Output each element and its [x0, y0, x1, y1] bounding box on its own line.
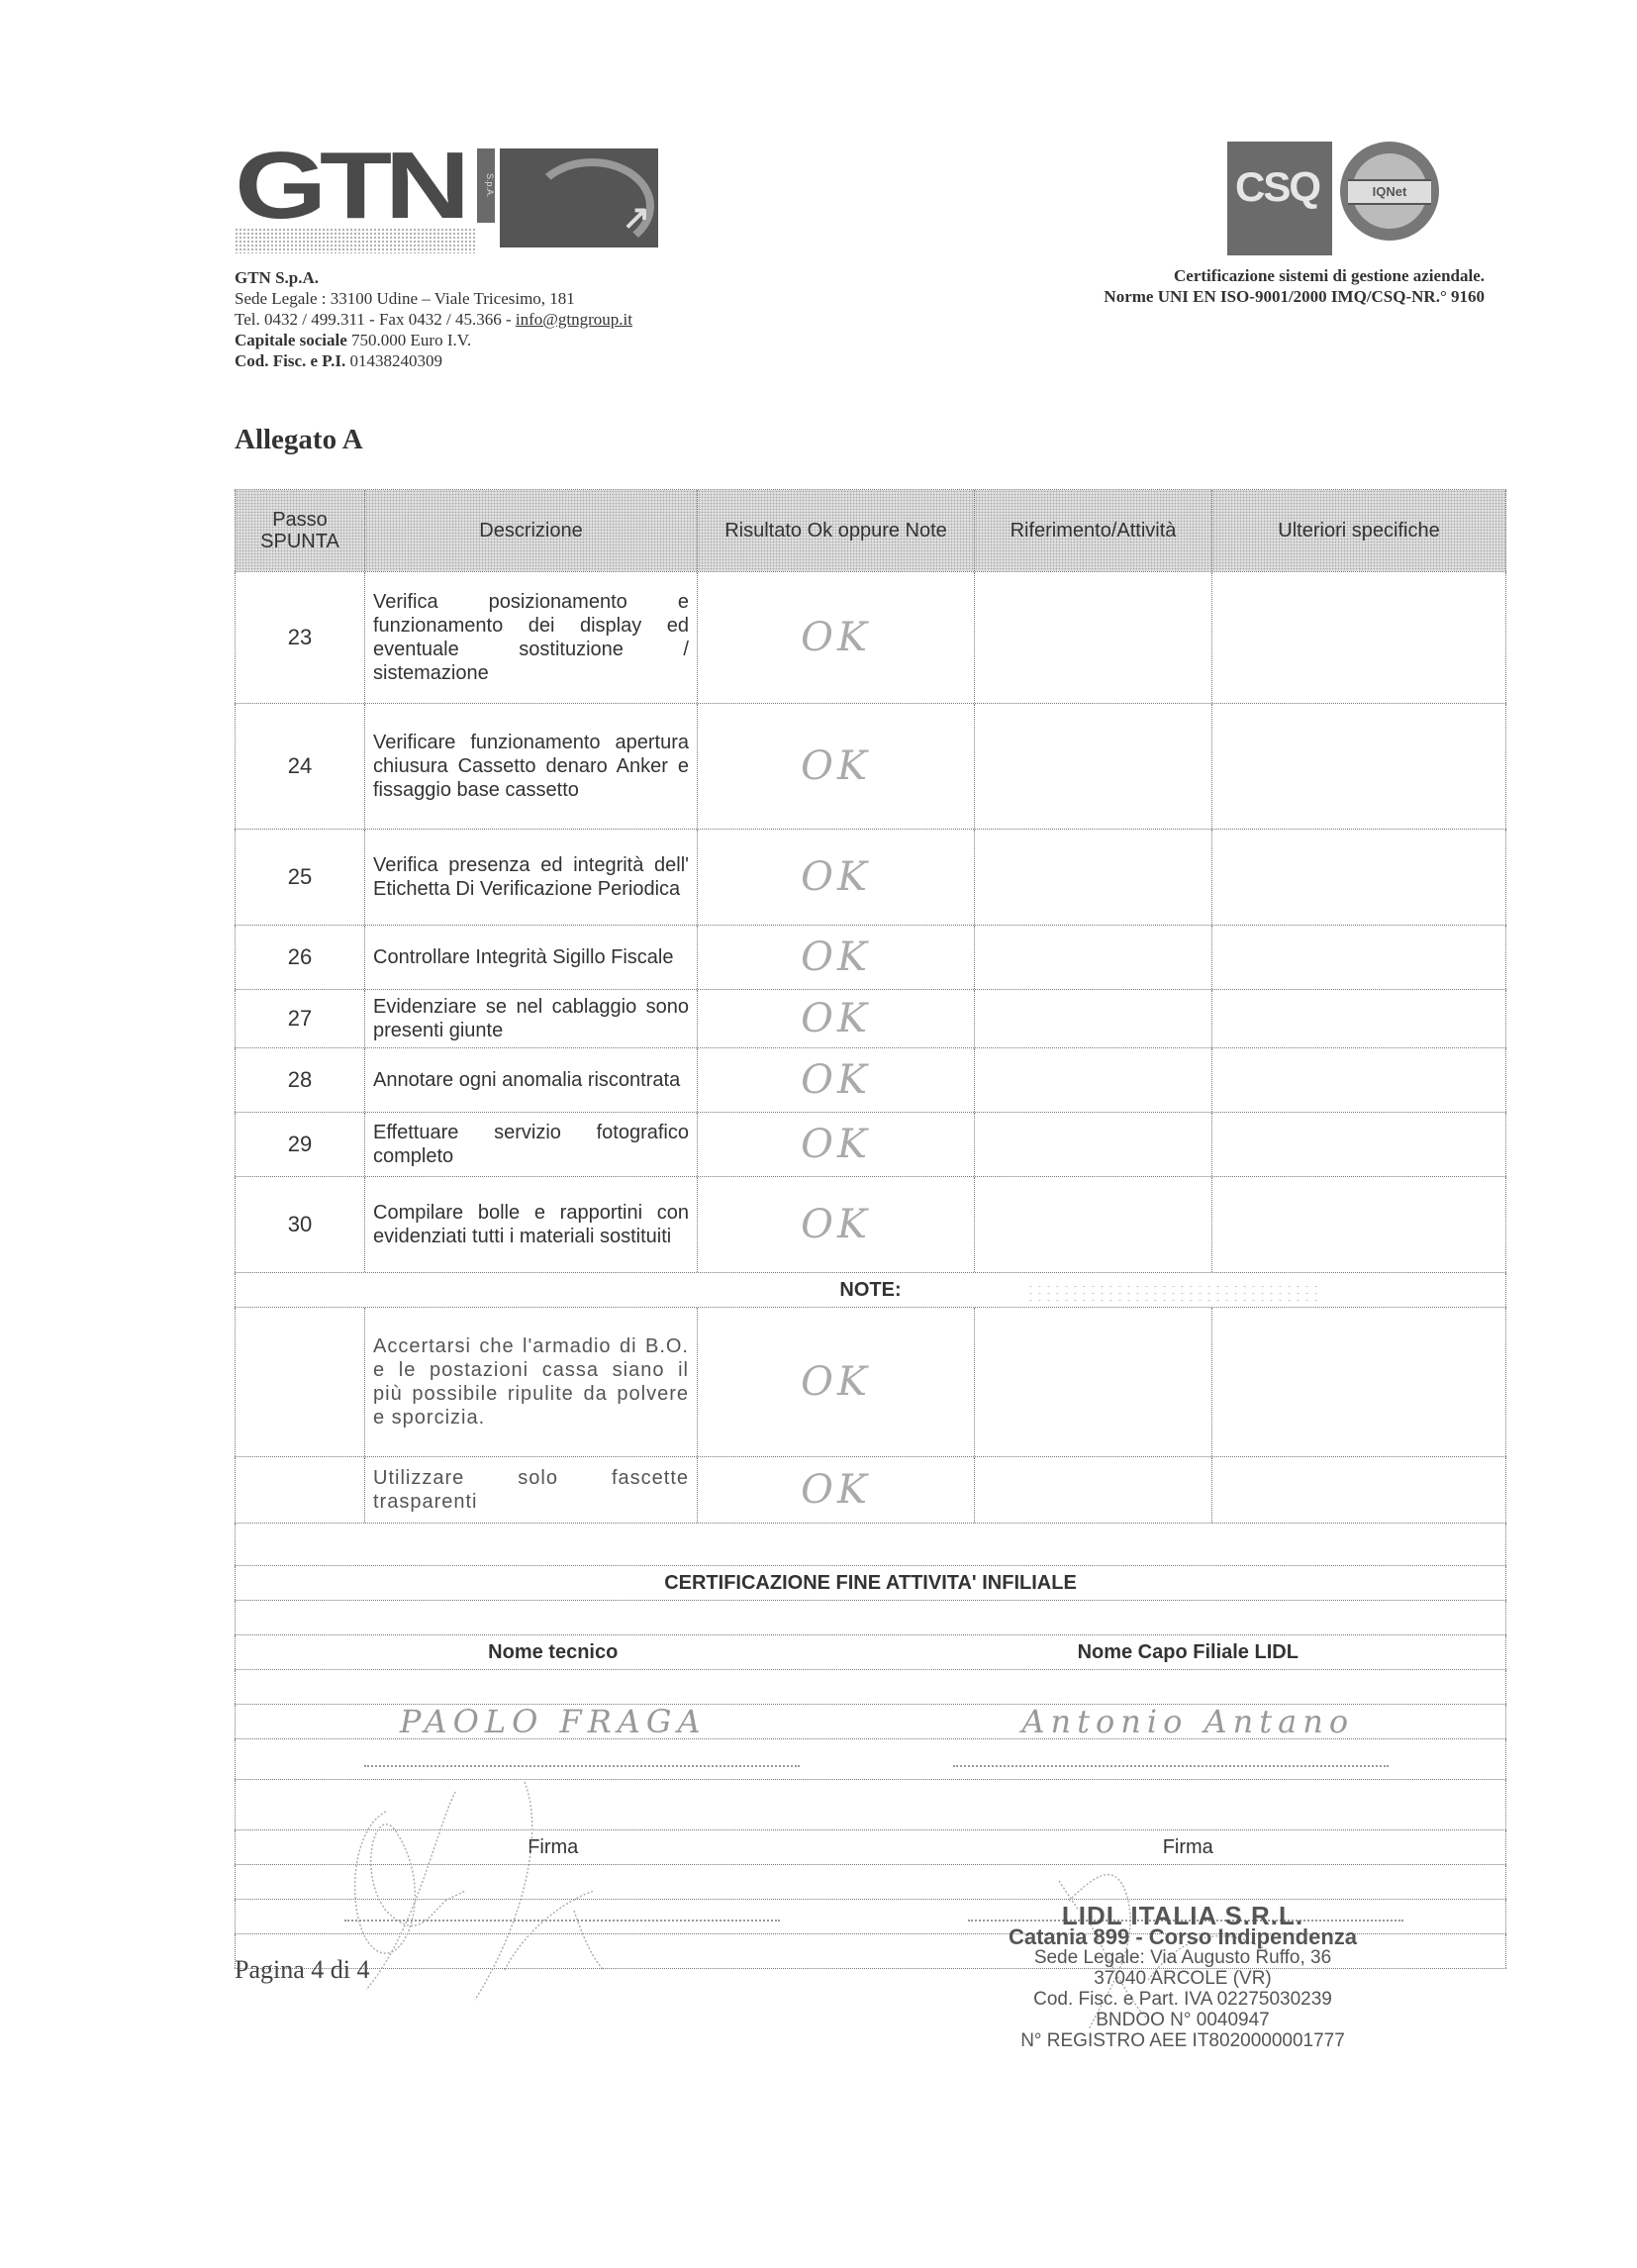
step-reference[interactable] [975, 1048, 1212, 1112]
company-name: GTN S.p.A. [235, 267, 632, 288]
stamp-line-5: Cod. Fisc. e Part. IVA 02275030239 [945, 1989, 1420, 2010]
checklist-table: Passo SPUNTA Descrizione Risultato Ok op… [235, 489, 1506, 1969]
table-row: 28Annotare ogni anomalia riscontrataOK [235, 1048, 1506, 1113]
company-capital: Capitale sociale 750.000 Euro I.V. [235, 330, 632, 350]
names-row: PAOLO FRAGA Antonio Antano [235, 1705, 1506, 1739]
table-row: 24Verificare funzionamento apertura chiu… [235, 704, 1506, 830]
technician-name-line [364, 1765, 800, 1767]
page-title: Allegato A [235, 424, 363, 456]
spacer-row [235, 1524, 1506, 1566]
certification-info: Certificazione sistemi di gestione azien… [1104, 265, 1485, 307]
header-passo: Passo SPUNTA [235, 490, 365, 571]
step-number: 29 [235, 1113, 365, 1176]
step-number [235, 1457, 365, 1523]
step-result[interactable]: OK [698, 572, 975, 703]
gtn-logo-suffix: S.p.A. [477, 148, 495, 223]
step-extra-specs[interactable] [1212, 1308, 1506, 1456]
step-result[interactable]: OK [698, 1048, 975, 1112]
step-description: Controllare Integrità Sigillo Fiscale [365, 926, 698, 989]
step-description: Verifica presenza ed integrità dell' Eti… [365, 830, 698, 925]
step-result[interactable]: OK [698, 830, 975, 925]
step-result[interactable]: OK [698, 1113, 975, 1176]
step-description: Accertarsi che l'armadio di B.O. e le po… [365, 1308, 698, 1456]
table-row: 23Verifica posizionamento e funzionament… [235, 572, 1506, 704]
header-riferimento: Riferimento/Attività [975, 490, 1212, 571]
step-reference[interactable] [975, 1308, 1212, 1456]
step-result[interactable]: OK [698, 926, 975, 989]
step-number: 27 [235, 990, 365, 1047]
step-extra-specs[interactable] [1212, 990, 1506, 1047]
manager-label: Nome Capo Filiale LIDL [871, 1641, 1506, 1664]
step-extra-specs[interactable] [1212, 926, 1506, 989]
csq-logo: CSQ [1227, 142, 1332, 255]
table-row: 29Effettuare servizio fotografico comple… [235, 1113, 1506, 1177]
step-number: 30 [235, 1177, 365, 1272]
step-reference[interactable] [975, 990, 1212, 1047]
step-result[interactable]: OK [698, 1308, 975, 1456]
step-reference[interactable] [975, 1177, 1212, 1272]
table-row: Utilizzare solo fascette trasparentiOK [235, 1457, 1506, 1524]
manager-name[interactable]: Antonio Antano [871, 1703, 1506, 1740]
company-info: GTN S.p.A. Sede Legale : 33100 Udine – V… [235, 267, 632, 371]
step-result[interactable]: OK [698, 990, 975, 1047]
step-extra-specs[interactable] [1212, 572, 1506, 703]
step-reference[interactable] [975, 704, 1212, 829]
step-extra-specs[interactable] [1212, 1048, 1506, 1112]
table-row: 27Evidenziare se nel cablaggio sono pres… [235, 990, 1506, 1048]
step-reference[interactable] [975, 1457, 1212, 1523]
table-row: 25Verifica presenza ed integrità dell' E… [235, 830, 1506, 926]
step-reference[interactable] [975, 926, 1212, 989]
gtn-emblem-icon: ↗ [500, 148, 658, 247]
stamp-line-7: N° REGISTRO AEE IT8020000001777 [945, 2030, 1420, 2051]
step-description: Verificare funzionamento apertura chiusu… [365, 704, 698, 829]
step-extra-specs[interactable] [1212, 1177, 1506, 1272]
technician-label: Nome tecnico [236, 1641, 871, 1664]
step-number: 25 [235, 830, 365, 925]
iqnet-logo-text: IQNet [1348, 179, 1431, 205]
step-extra-specs[interactable] [1212, 1457, 1506, 1523]
step-result[interactable]: OK [698, 1177, 975, 1272]
signature-label-right: Firma [871, 1836, 1506, 1859]
step-number: 26 [235, 926, 365, 989]
technician-name[interactable]: PAOLO FRAGA [236, 1703, 871, 1740]
spacer-row [235, 1780, 1506, 1830]
stamp-line-4: 37040 ARCOLE (VR) [945, 1968, 1420, 1989]
step-number: 28 [235, 1048, 365, 1112]
step-description: Utilizzare solo fascette trasparenti [365, 1457, 698, 1523]
step-extra-specs[interactable] [1212, 704, 1506, 829]
spacer-row [235, 1601, 1506, 1635]
page-number: Pagina 4 di 4 [235, 1955, 370, 1985]
spacer-row [235, 1865, 1506, 1900]
step-description: Compilare bolle e rapportini con evidenz… [365, 1177, 698, 1272]
technician-signature-line[interactable] [344, 1920, 780, 1922]
table-header-row: Passo SPUNTA Descrizione Risultato Ok op… [235, 489, 1506, 572]
manager-name-line [953, 1765, 1389, 1767]
step-result[interactable]: OK [698, 704, 975, 829]
spacer-row [235, 1670, 1506, 1705]
step-reference[interactable] [975, 572, 1212, 703]
stamp-line-6: BNDOO N° 0040947 [945, 2010, 1420, 2030]
company-tax-id: Cod. Fisc. e P.I. 01438240309 [235, 350, 632, 371]
cert-line-2: Norme UNI EN ISO-9001/2000 IMQ/CSQ-NR.° … [1104, 286, 1485, 307]
certification-title: CERTIFICAZIONE FINE ATTIVITA' INFILIALE [235, 1566, 1506, 1600]
certification-title-row: CERTIFICAZIONE FINE ATTIVITA' INFILIALE [235, 1566, 1506, 1601]
signature-label-row: Firma Firma [235, 1830, 1506, 1865]
note-row: NOTE: [235, 1273, 1506, 1308]
company-address: Sede Legale : 33100 Udine – Viale Trices… [235, 288, 632, 309]
stamp-line-1: LIDL ITALIA S.R.L. [945, 1906, 1420, 1926]
step-description: Effettuare servizio fotografico completo [365, 1113, 698, 1176]
note-label: NOTE: [839, 1279, 901, 1302]
step-number: 24 [235, 704, 365, 829]
step-reference[interactable] [975, 1113, 1212, 1176]
gtn-logo-pattern [235, 228, 477, 253]
header-risultato: Risultato Ok oppure Note [698, 490, 975, 571]
csq-logo-text: CSQ [1235, 163, 1319, 211]
table-row: 26Controllare Integrità Sigillo FiscaleO… [235, 926, 1506, 990]
table-row: 30Compilare bolle e rapportini con evide… [235, 1177, 1506, 1273]
step-number [235, 1308, 365, 1456]
step-description: Annotare ogni anomalia riscontrata [365, 1048, 698, 1112]
names-label-row: Nome tecnico Nome Capo Filiale LIDL [235, 1635, 1506, 1670]
step-reference[interactable] [975, 830, 1212, 925]
table-row: Accertarsi che l'armadio di B.O. e le po… [235, 1308, 1506, 1457]
stamp-line-2: Catania 899 - Corso Indipendenza [945, 1926, 1420, 1947]
gtn-logo: GTN S.p.A. ↗ [235, 148, 660, 247]
stamp-line-3: Sede Legale: Via Augusto Ruffo, 36 [945, 1947, 1420, 1968]
step-result[interactable]: OK [698, 1457, 975, 1523]
lidl-stamp: LIDL ITALIA S.R.L. Catania 899 - Corso I… [945, 1906, 1420, 2051]
step-number: 23 [235, 572, 365, 703]
step-extra-specs[interactable] [1212, 830, 1506, 925]
iqnet-logo: IQNet [1340, 142, 1439, 241]
step-description: Verifica posizionamento e funzionamento … [365, 572, 698, 703]
dotted-line-row [235, 1739, 1506, 1780]
header-descrizione: Descrizione [365, 490, 698, 571]
note-handwriting [1026, 1283, 1323, 1303]
step-description: Evidenziare se nel cablaggio sono presen… [365, 990, 698, 1047]
header-ulteriori: Ulteriori specifiche [1212, 490, 1506, 571]
signature-label-left: Firma [236, 1836, 871, 1859]
step-extra-specs[interactable] [1212, 1113, 1506, 1176]
cert-line-1: Certificazione sistemi di gestione azien… [1104, 265, 1485, 286]
email-link[interactable]: info@gtngroup.it [516, 310, 632, 329]
company-contacts: Tel. 0432 / 499.311 - Fax 0432 / 45.366 … [235, 309, 632, 330]
